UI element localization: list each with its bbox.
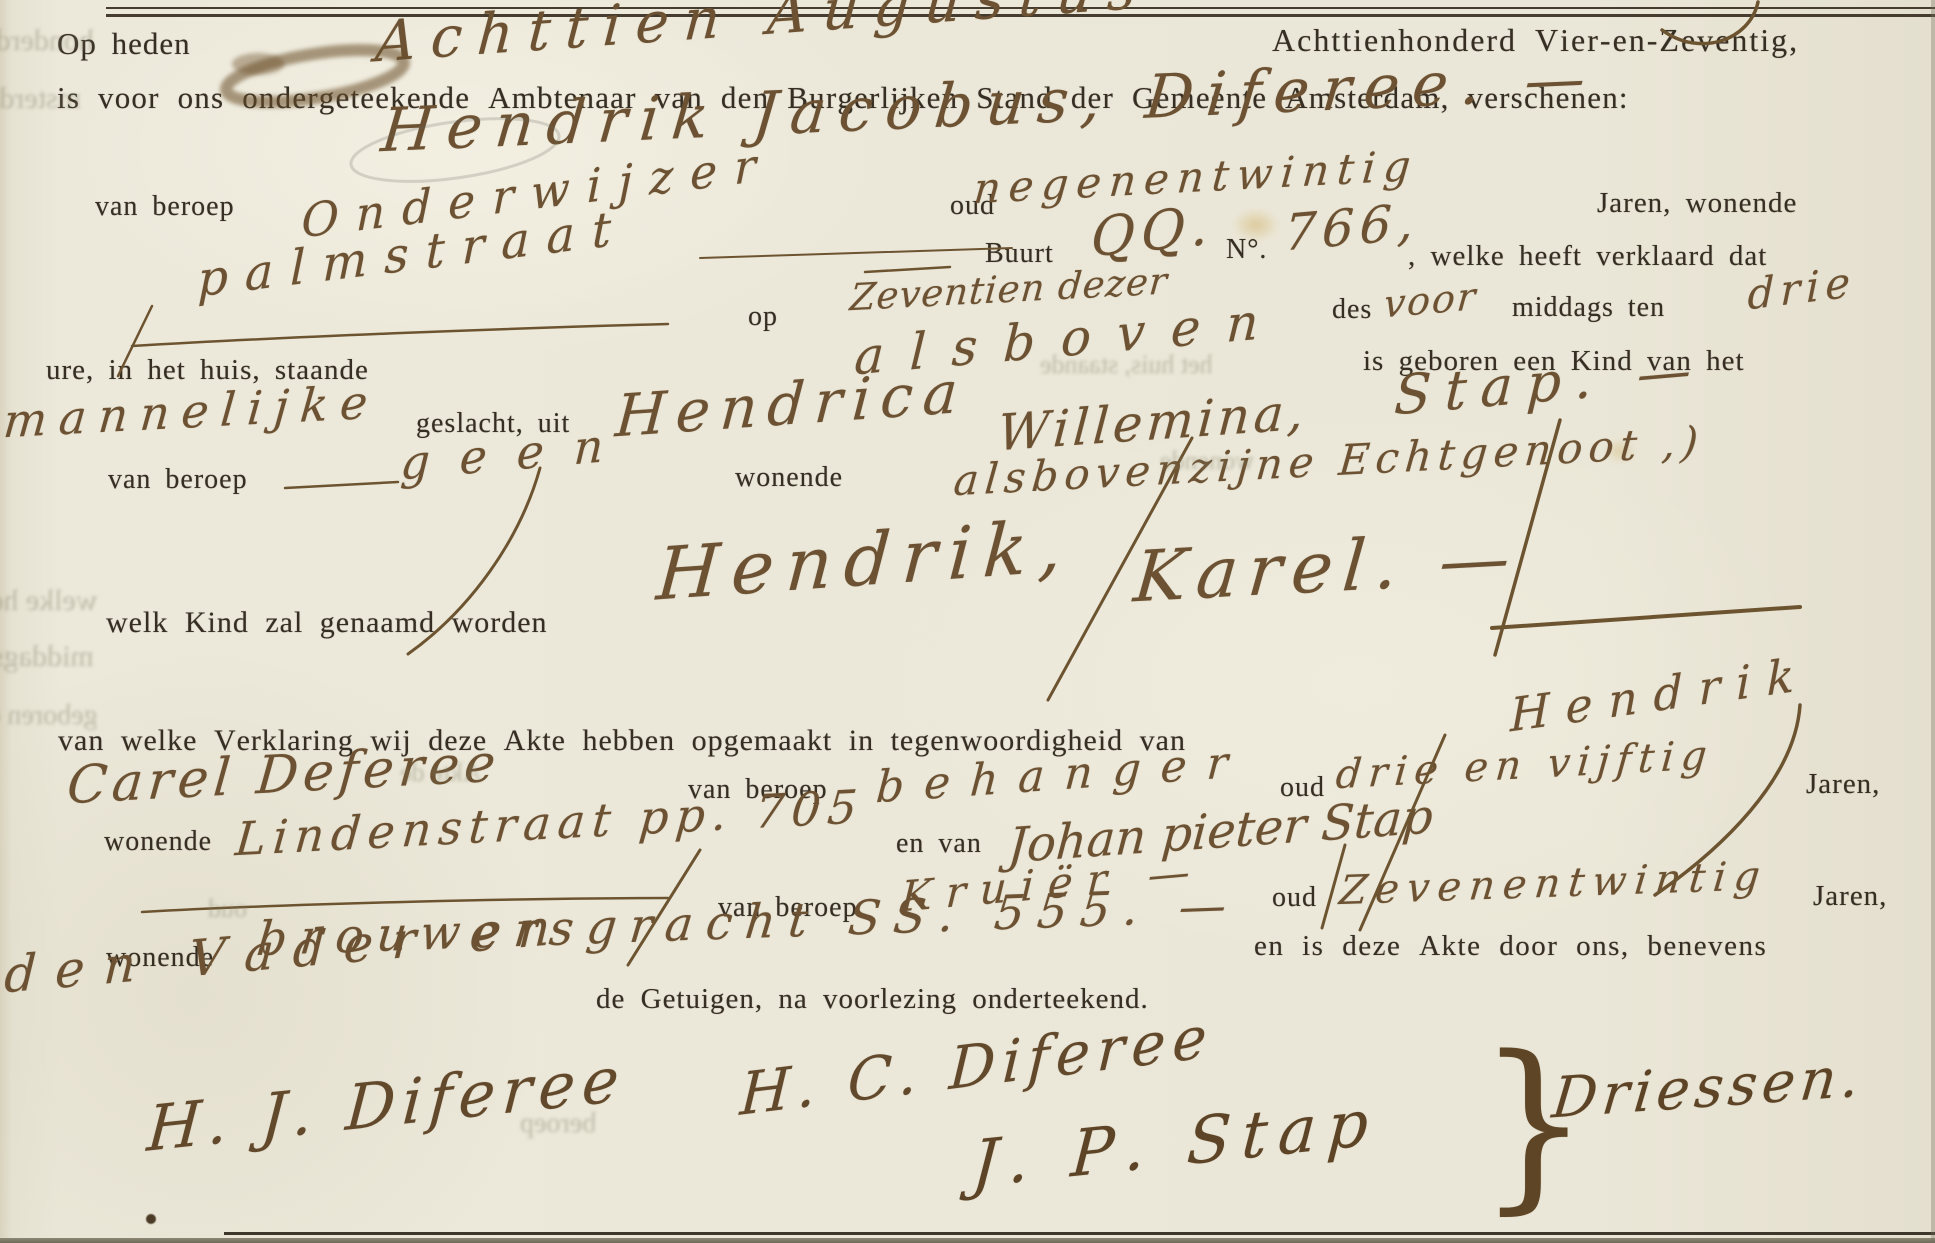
handwritten-witness2-age: Zevenentwintig <box>1337 853 1770 914</box>
handwritten-child-first-name: Hendrik, <box>654 503 1077 617</box>
handwritten-witness1-age: drie en vijftig <box>1334 732 1716 798</box>
handwritten-mother-first-name: Hendrica <box>613 357 970 450</box>
underline-stroke <box>700 248 1012 258</box>
printed-van-beroep-declarant: van beroep <box>95 191 235 223</box>
printed-jaren-wonende: Jaren, wonende <box>1597 187 1797 220</box>
ink-dot <box>146 1214 156 1224</box>
bleedthrough-text: het huis, staande <box>1040 350 1213 380</box>
ink-smudge-small <box>232 53 284 75</box>
bleedthrough-text: welke he <box>0 584 97 618</box>
filler-dash <box>285 482 398 488</box>
printed-welk-kind: welk Kind zal genaamd worden <box>106 606 548 640</box>
handwritten-voor: voor <box>1382 274 1479 327</box>
printed-welke-heeft-verklaard: , welke heeft verklaard dat <box>1408 240 1767 273</box>
page-right-edge <box>1931 0 1935 1243</box>
printed-middags-ten: middags ten <box>1512 292 1665 324</box>
printed-wonende-mother: wonende <box>735 462 843 494</box>
bleedthrough-text: Akte de <box>400 758 482 788</box>
bottom-rule <box>224 1232 1935 1235</box>
bleedthrough-text: oud <box>208 894 247 924</box>
dash-after-child-name <box>1492 607 1800 628</box>
printed-des-label: des <box>1332 294 1372 326</box>
signature-witness2: J. P. Stap <box>970 1085 1382 1203</box>
printed-en-van: en van <box>896 828 982 860</box>
signature-registrar: Driessen. <box>1549 1044 1867 1131</box>
filler-line <box>132 324 668 346</box>
page-bottom-edge <box>0 1238 1935 1243</box>
printed-op-label: op <box>748 301 778 333</box>
handwritten-date: Achttien Augustus <box>373 0 1153 75</box>
birth-record-page: Op heden Achttienhonderd Vier-en-Zeventi… <box>0 0 1935 1243</box>
signature-declarant: H. J. Diferee <box>145 1042 628 1166</box>
bleedthrough-text: geboren e <box>0 700 98 732</box>
handwritten-buurt-code: QQ. <box>1090 193 1215 270</box>
handwritten-child-second-name: Karel. — <box>1131 516 1524 619</box>
printed-jaren-witness1: Jaren, <box>1806 768 1880 801</box>
bleedthrough-text: middags <box>0 640 94 674</box>
handwritten-witness1-first-name: Hendrik <box>1510 646 1810 743</box>
printed-jaren-witness2: Jaren, <box>1813 880 1887 913</box>
bleedthrough-text: beroep <box>520 1108 596 1140</box>
bleedthrough-text: honderd. <box>0 24 94 58</box>
printed-en-is-deze-akte: en is deze Akte door ons, benevens <box>1254 930 1767 963</box>
printed-getuigen-line: de Getuigen, na voorlezing onderteekend. <box>596 983 1149 1016</box>
printed-number-label: N°. <box>1226 234 1267 266</box>
printed-van-beroep-mother: van beroep <box>108 464 248 496</box>
printed-oud-witness2: oud <box>1272 882 1317 914</box>
bleedthrough-text: wonende <box>1160 446 1254 476</box>
printed-wonende-witness1: wonende <box>104 826 212 858</box>
handwritten-house-number: 766, <box>1283 192 1421 262</box>
bleedthrough-text: msterda <box>0 82 81 116</box>
